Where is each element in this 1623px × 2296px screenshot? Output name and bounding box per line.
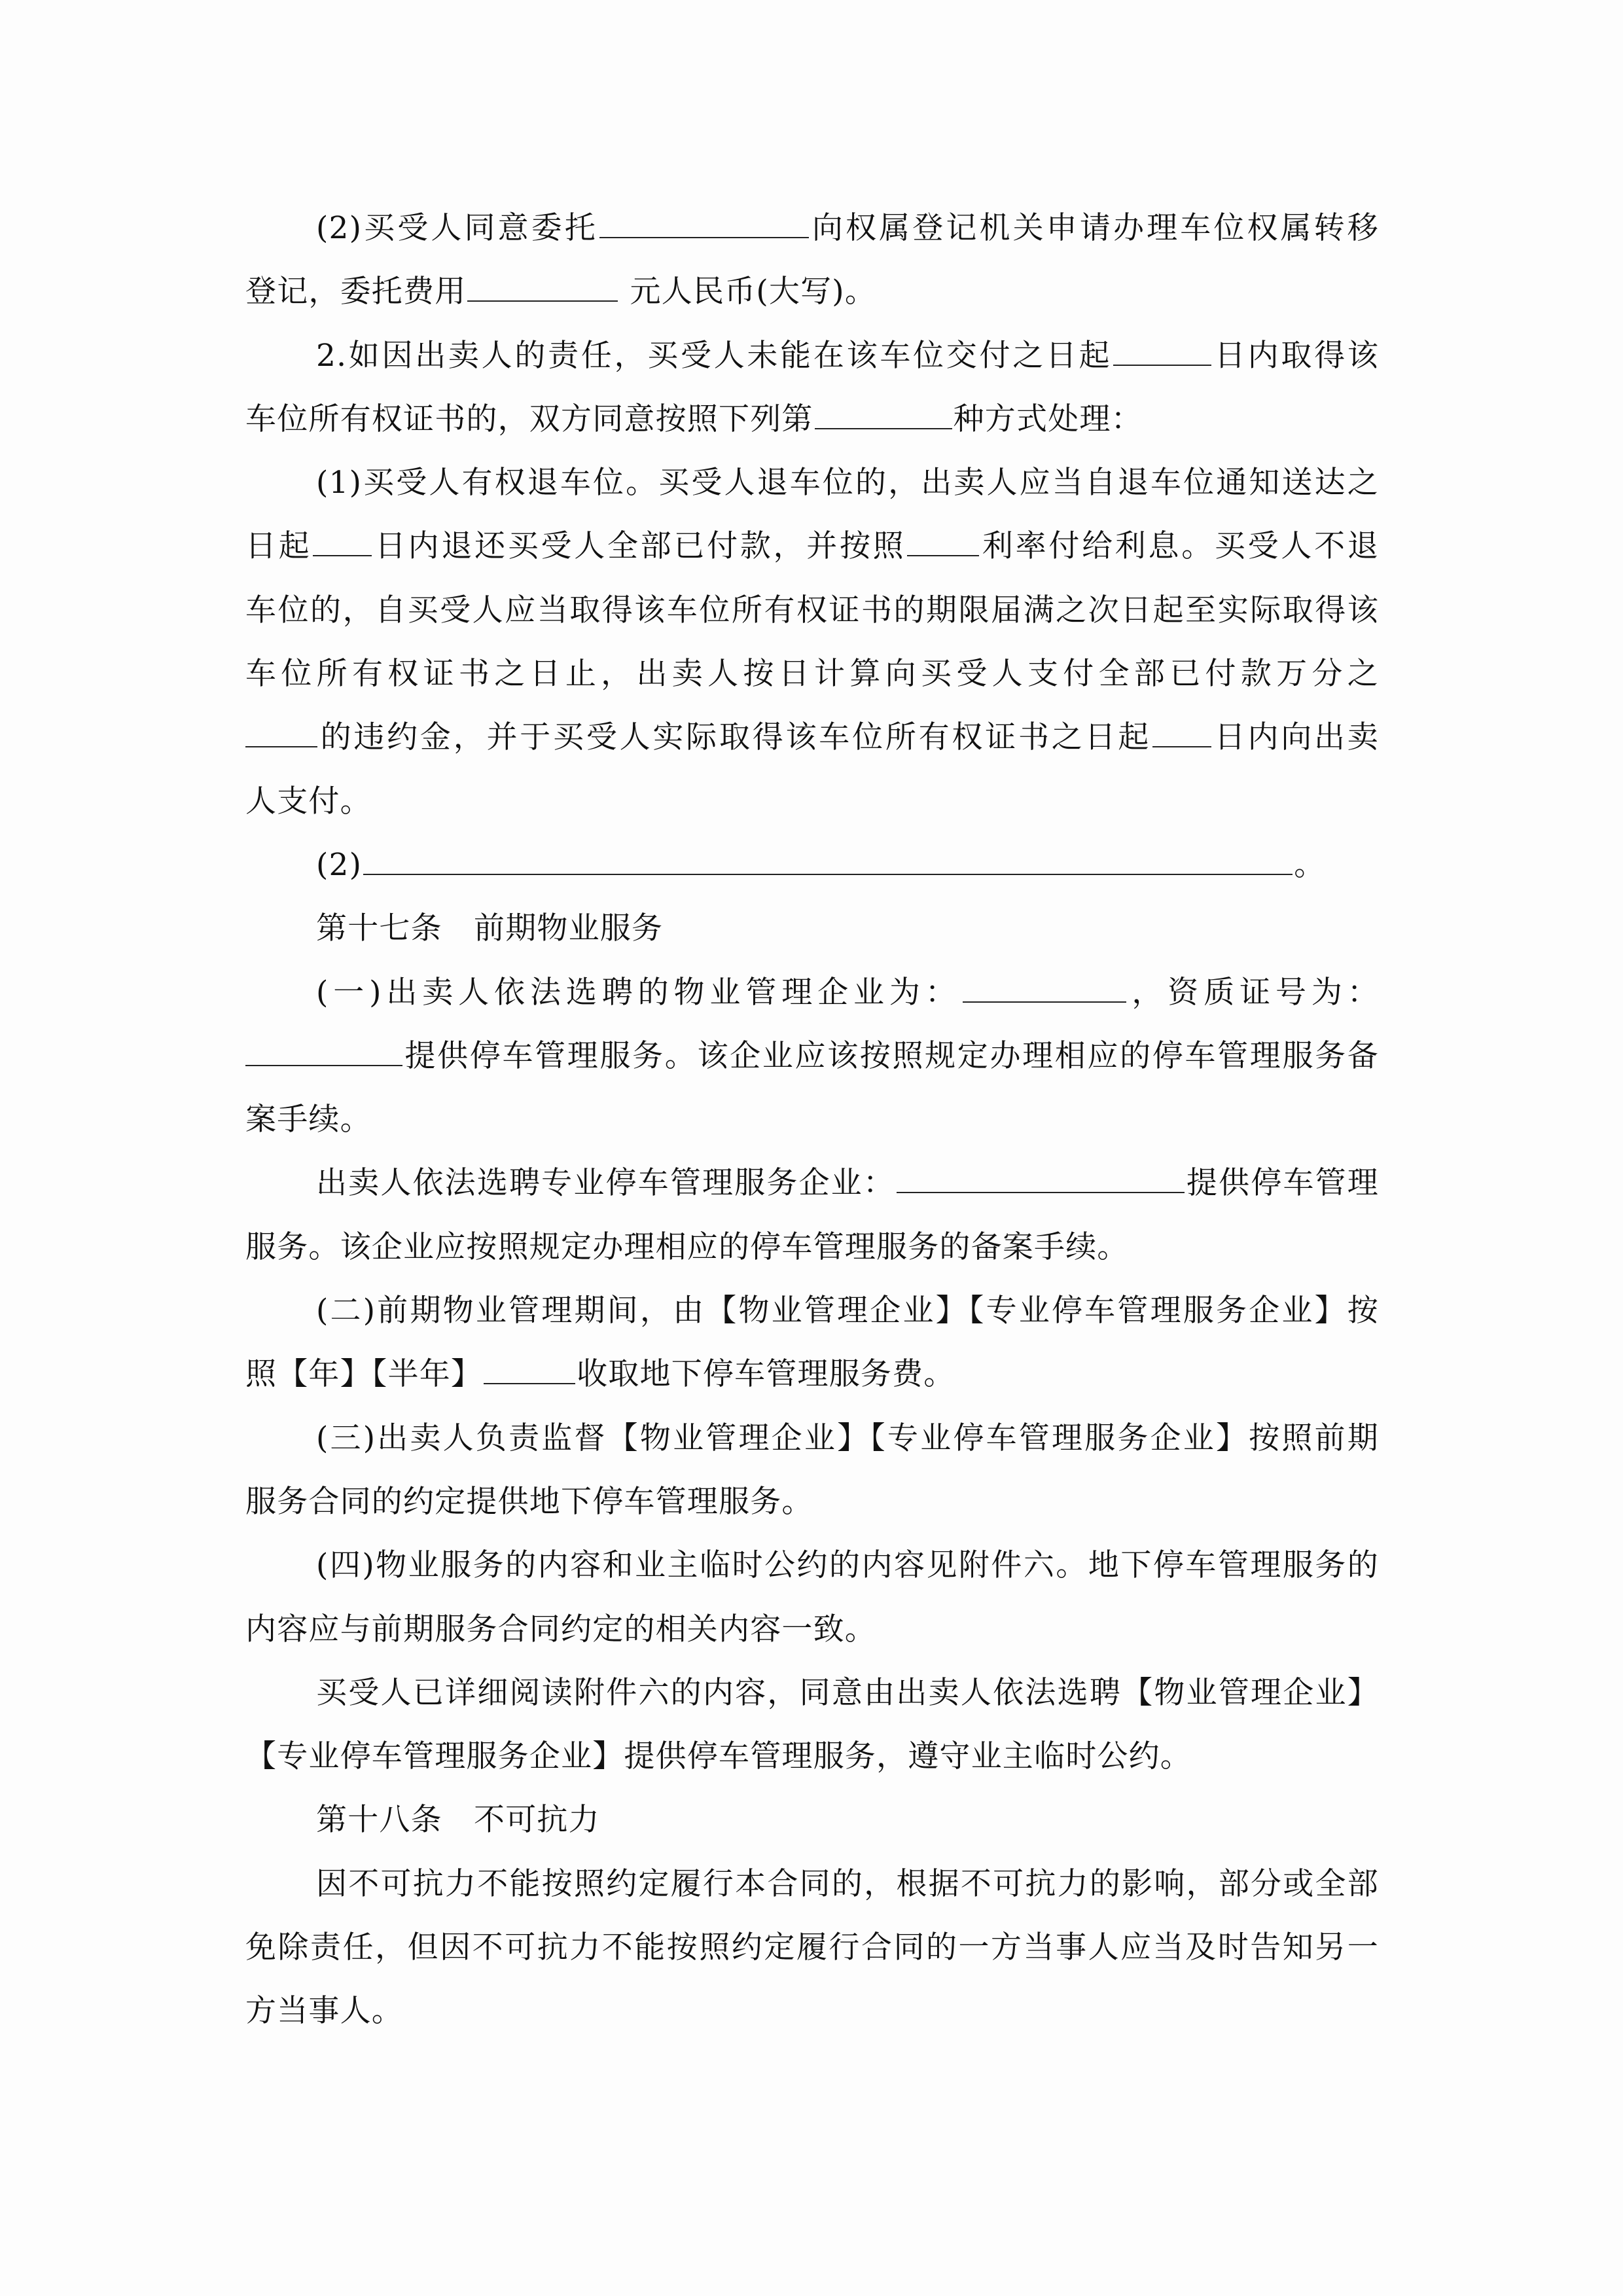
- text: (1)买受人有权退车位。买受人退车位的，出卖人应当自退车位通知送达之: [316, 465, 1379, 501]
- text: 方当事人。: [245, 1993, 403, 2029]
- text: 向权属登记机关申请办理车位权属转移: [810, 210, 1379, 246]
- text: 买受人已详细阅读附件六的内容，同意由出卖人依法选聘【物业管理企业】: [316, 1675, 1379, 1711]
- text: 利率付给利息。买受人不退: [980, 528, 1379, 564]
- option-1-line-5: 的违约金，并于买受人实际取得该车位所有权证书之日起日内向出卖: [245, 706, 1379, 769]
- fill-blank-option-2[interactable]: [363, 846, 1293, 875]
- text: 收取地下停车管理服务费。: [577, 1356, 955, 1392]
- text: 日起: [245, 528, 312, 564]
- text: 车位所有权证书之日止，出卖人按日计算向买受人支付全部已付款万分之: [245, 656, 1379, 692]
- text: 提供停车管理: [1186, 1165, 1379, 1201]
- text: 日内退还买受人全部已付款，并按照: [373, 528, 906, 564]
- item-2-line-2: 车位所有权证书的，双方同意按照下列第种方式处理：: [245, 387, 1379, 451]
- item-2-line-1: 2.如因出卖人的责任，买受人未能在该车位交付之日起日内取得该: [245, 324, 1379, 387]
- fill-blank-penalty-rate[interactable]: [245, 719, 317, 747]
- text: 服务合同的约定提供地下停车管理服务。: [245, 1484, 813, 1520]
- article-17-item-1-line-1: (一)出卖人依法选聘的物业管理企业为：，资质证号为：: [245, 961, 1379, 1024]
- article-17-item-2-line-1: (二)前期物业管理期间，由【物业管理企业】【专业停车管理服务企业】按: [245, 1279, 1379, 1342]
- option-1-line-3: 车位的，自买受人应当取得该车位所有权证书的期限届满之次日起至实际取得该: [245, 579, 1379, 642]
- fill-blank-option-number[interactable]: [815, 401, 952, 429]
- article-17-item-1-line-3: 案手续。: [245, 1088, 1379, 1151]
- article-17-parking-company-line-1: 出卖人依法选聘专业停车管理服务企业：提供停车管理: [245, 1151, 1379, 1215]
- text: 出卖人依法选聘专业停车管理服务企业：: [316, 1165, 895, 1201]
- text: 内容应与前期服务合同约定的相关内容一致。: [245, 1611, 876, 1647]
- text: 服务。该企业应按照规定办理相应的停车管理服务的备案手续。: [245, 1229, 1129, 1265]
- text: ，资质证号为：: [1128, 975, 1379, 1011]
- article-17-buyer-consent-line-1: 买受人已详细阅读附件六的内容，同意由出卖人依法选聘【物业管理企业】: [245, 1661, 1379, 1725]
- article-17-item-1-line-2: 提供停车管理服务。该企业应该按照规定办理相应的停车管理服务备: [245, 1024, 1379, 1088]
- text: 。: [1294, 847, 1325, 883]
- text: 日内取得该: [1213, 338, 1379, 374]
- fill-blank-entrusted-party[interactable]: [599, 209, 809, 238]
- text: (2)买受人同意委托: [316, 210, 598, 246]
- contract-page: (2)买受人同意委托向权属登记机关申请办理车位权属转移 登记，委托费用 元人民币…: [245, 196, 1379, 2043]
- article-17-item-3-line-2: 服务合同的约定提供地下停车管理服务。: [245, 1470, 1379, 1534]
- article-17-item-4-line-1: (四)物业服务的内容和业主临时公约的内容见附件六。地下停车管理服务的: [245, 1534, 1379, 1597]
- text: 提供停车管理服务。该企业应该按照规定办理相应的停车管理服务备: [404, 1038, 1379, 1074]
- text: 车位的，自买受人应当取得该车位所有权证书的期限届满之次日起至实际取得该: [245, 592, 1379, 628]
- section-heading: 第十八条 不可抗力: [316, 1802, 600, 1838]
- fill-blank-interest-rate[interactable]: [907, 528, 979, 556]
- fill-blank-qualification-number[interactable]: [245, 1037, 402, 1066]
- text: 【专业停车管理服务企业】提供停车管理服务，遵守业主临时公约。: [245, 1738, 1192, 1774]
- article-18-heading: 第十八条 不可抗力: [245, 1788, 1379, 1852]
- article-17-item-3-line-1: (三)出卖人负责监督【物业管理企业】【专业停车管理服务企业】按照前期: [245, 1407, 1379, 1470]
- text: 种方式处理：: [954, 401, 1143, 437]
- option-1-line-1: (1)买受人有权退车位。买受人退车位的，出卖人应当自退车位通知送达之: [245, 451, 1379, 514]
- text: (二)前期物业管理期间，由【物业管理企业】【专业停车管理服务企业】按: [316, 1293, 1379, 1329]
- fill-blank-days[interactable]: [1113, 337, 1211, 366]
- article-17-buyer-consent-line-2: 【专业停车管理服务企业】提供停车管理服务，遵守业主临时公约。: [245, 1725, 1379, 1788]
- article-17-item-2-line-2: 照【年】【半年】收取地下停车管理服务费。: [245, 1342, 1379, 1406]
- article-17-parking-company-line-2: 服务。该企业应按照规定办理相应的停车管理服务的备案手续。: [245, 1215, 1379, 1279]
- text: 照【年】【半年】: [245, 1356, 482, 1392]
- text: (三)出卖人负责监督【物业管理企业】【专业停车管理服务企业】按照前期: [316, 1420, 1379, 1456]
- text: (一)出卖人依法选聘的物业管理企业为：: [316, 975, 961, 1011]
- option-1-line-2: 日起日内退还买受人全部已付款，并按照利率付给利息。买受人不退: [245, 514, 1379, 578]
- text: (2): [316, 847, 362, 883]
- fill-blank-payment-days[interactable]: [1152, 719, 1211, 747]
- option-1-line-4: 车位所有权证书之日止，出卖人按日计算向买受人支付全部已付款万分之: [245, 642, 1379, 706]
- text: 元人民币(大写)。: [619, 274, 876, 310]
- fill-blank-refund-days[interactable]: [313, 528, 372, 556]
- text: 案手续。: [245, 1102, 372, 1138]
- article-17-heading: 第十七条 前期物业服务: [245, 897, 1379, 960]
- text: 因不可抗力不能按照约定履行本合同的，根据不可抗力的影响，部分或全部: [316, 1866, 1379, 1902]
- option-2-line: (2)。: [245, 833, 1379, 897]
- article-18-line-2: 免除责任，但因不可抗力不能按照约定履行合同的一方当事人应当及时告知另一: [245, 1916, 1379, 1979]
- fill-blank-fee-period[interactable]: [484, 1355, 575, 1384]
- text: 日内向出卖: [1213, 719, 1379, 755]
- clause-2-entrust-line-1: (2)买受人同意委托向权属登记机关申请办理车位权属转移: [245, 196, 1379, 260]
- text: 免除责任，但因不可抗力不能按照约定履行合同的一方当事人应当及时告知另一: [245, 1929, 1379, 1965]
- text: 人支付。: [245, 783, 372, 819]
- text: 车位所有权证书的，双方同意按照下列第: [245, 401, 813, 437]
- text: 登记，委托费用: [245, 274, 466, 310]
- fill-blank-property-company[interactable]: [963, 974, 1126, 1003]
- clause-2-entrust-line-2: 登记，委托费用 元人民币(大写)。: [245, 260, 1379, 323]
- fill-blank-entrust-fee[interactable]: [467, 273, 618, 302]
- text: (四)物业服务的内容和业主临时公约的内容见附件六。地下停车管理服务的: [316, 1547, 1379, 1583]
- article-18-line-3: 方当事人。: [245, 1979, 1379, 2043]
- article-17-item-4-line-2: 内容应与前期服务合同约定的相关内容一致。: [245, 1598, 1379, 1661]
- text: 的违约金，并于买受人实际取得该车位所有权证书之日起: [319, 719, 1151, 755]
- text: 2.如因出卖人的责任，买受人未能在该车位交付之日起: [316, 338, 1112, 374]
- article-18-line-1: 因不可抗力不能按照约定履行本合同的，根据不可抗力的影响，部分或全部: [245, 1852, 1379, 1916]
- option-1-line-6: 人支付。: [245, 770, 1379, 833]
- section-heading: 第十七条 前期物业服务: [316, 910, 663, 946]
- fill-blank-parking-company[interactable]: [897, 1164, 1185, 1193]
